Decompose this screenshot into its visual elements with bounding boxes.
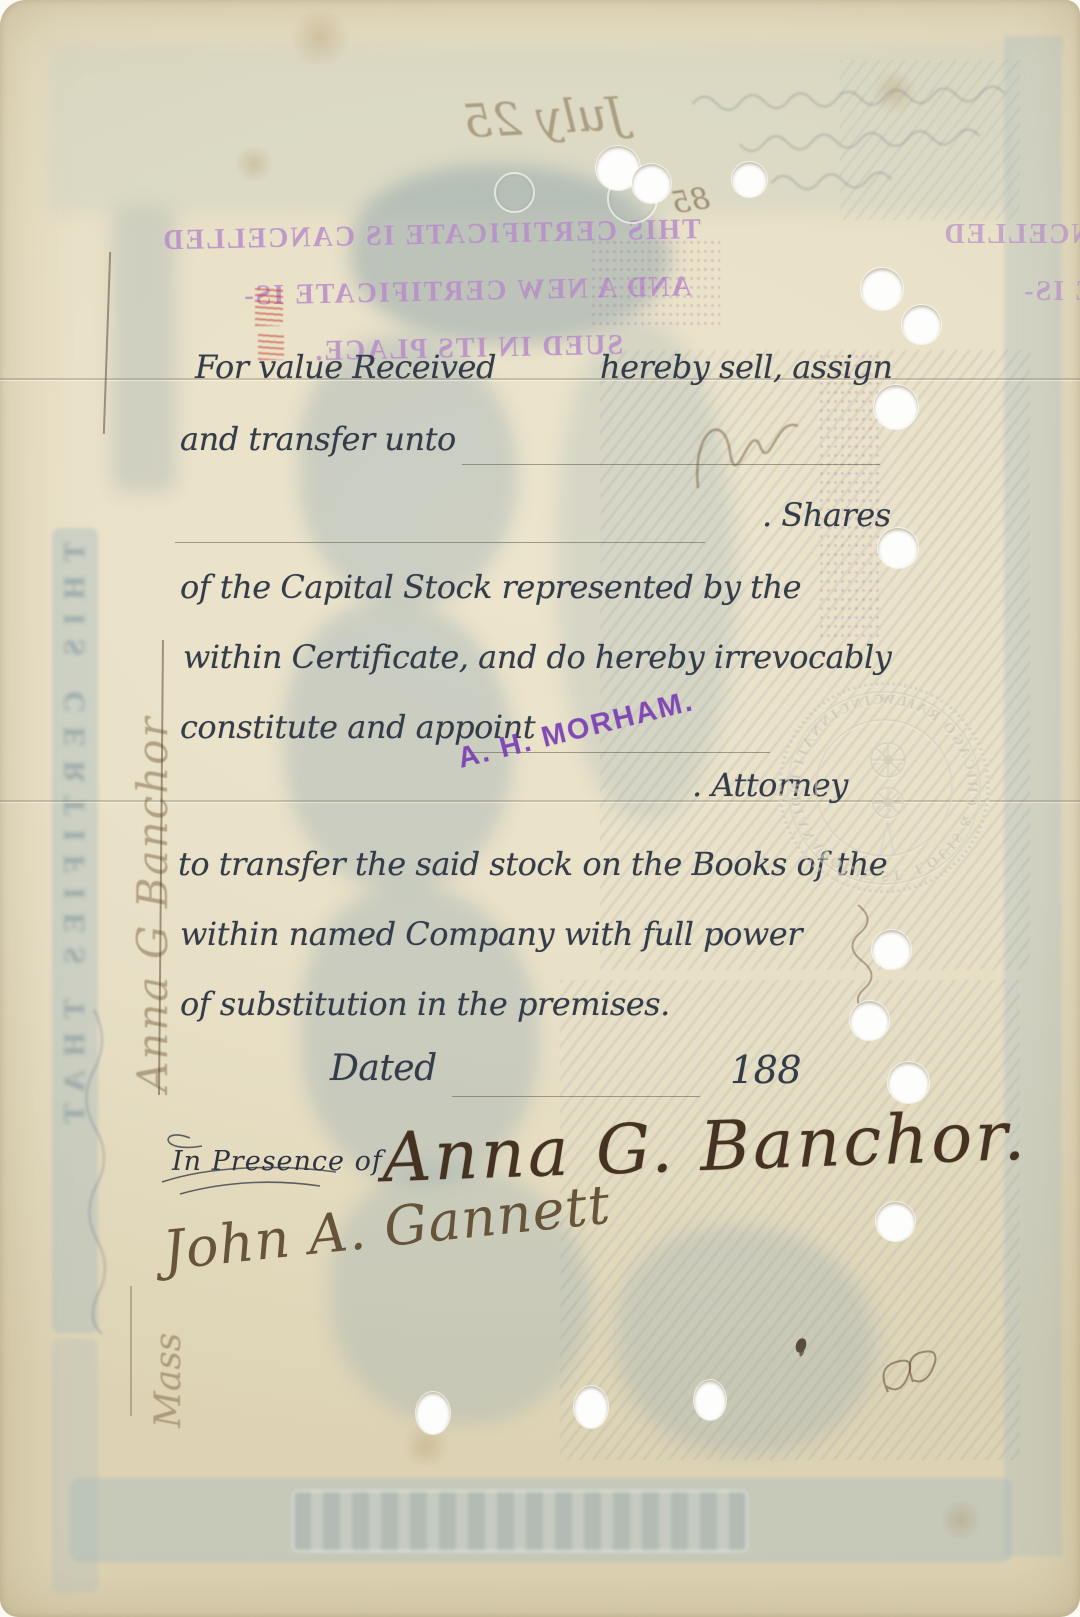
pen-stroke	[130, 1286, 132, 1416]
blank-rule	[175, 542, 705, 543]
seal-wheel-icon	[873, 788, 903, 818]
stamp-ink-speckle	[590, 238, 720, 328]
margin-vertical-handwriting: Anna G Banchor	[128, 232, 177, 1092]
margin-vertical-handwriting-fragment: Mass	[148, 1268, 189, 1428]
ink-squiggle	[64, 1005, 124, 1335]
punch-hole	[876, 1202, 915, 1241]
pressure-ring	[494, 172, 535, 213]
punch-hole	[732, 162, 767, 197]
punch-hole	[861, 268, 903, 310]
punch-hole	[632, 164, 671, 203]
form-line-within-certificate: within Certificate, and do hereby irrevo…	[183, 638, 891, 676]
cancellation-stamp-fragment: THIS CERTIFICATE IS CANCELLED AND A NEW …	[1012, 206, 1080, 377]
punch-hole	[850, 1001, 889, 1040]
form-line-capital-stock: of the Capital Stock represented by the	[180, 568, 801, 606]
punch-hole	[902, 305, 941, 344]
certificate-back-page: THIS CERTIFIES THAT July 25 85 THIS CERT…	[0, 0, 1080, 1617]
bottom-banner-inner-panel	[292, 1490, 748, 1552]
form-line-and-transfer-unto: and transfer unto	[180, 420, 456, 458]
ink-squiggle	[686, 390, 816, 510]
form-line-hereby-sell-assign: hereby sell, assign	[600, 348, 892, 386]
form-line-for-value-received: For value Received	[195, 348, 496, 386]
punch-hole	[874, 385, 918, 429]
punch-hole	[878, 528, 918, 568]
embossed-seal: CINCINNATI INDIANAPOLIS ST. LOUIS & CHIC…	[768, 672, 1000, 904]
paper-stain	[285, 10, 355, 65]
form-line-full-power: within named Company with full power	[180, 915, 802, 953]
witness-label-flourish	[150, 1120, 350, 1210]
punch-hole	[888, 1062, 929, 1103]
paper-stain	[938, 1500, 984, 1540]
form-year-prefix: 188	[730, 1048, 801, 1092]
punch-hole	[694, 1380, 726, 1420]
seal-wheel-icon	[871, 743, 905, 777]
form-dated-label: Dated	[330, 1048, 437, 1089]
ink-squiggle	[868, 1320, 938, 1415]
paper-stain	[232, 146, 276, 182]
red-ink-mark	[255, 286, 283, 326]
blank-rule	[462, 464, 880, 465]
punch-hole	[574, 1386, 608, 1428]
form-line-substitution: of substitution in the premises.	[180, 985, 670, 1023]
punch-hole	[872, 930, 911, 969]
blank-rule	[452, 1096, 700, 1097]
punch-hole	[416, 1392, 450, 1434]
pen-stroke	[103, 252, 111, 434]
